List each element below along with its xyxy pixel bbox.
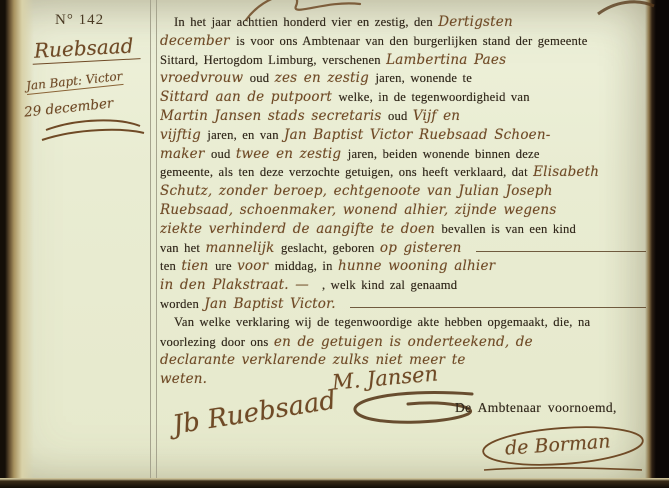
act-line: vijftig jaren, en van Jan Baptist Victor…: [160, 127, 648, 146]
handwritten-text: weten.: [160, 371, 207, 387]
printed-text: Sittard, Hertogdom Limburg, verschenen: [160, 53, 386, 68]
act-line: ziekte verhinderd de aangifte te doen be…: [160, 221, 648, 240]
handwritten-text: in den Plakstraat. —: [160, 277, 322, 293]
act-line: ten tien ure voor middag, in hunne wooni…: [160, 258, 648, 277]
act-body: In het jaar achttien honderd vier en zes…: [160, 14, 648, 390]
act-line: Martin Jansen stads secretaris oud Vijf …: [160, 108, 648, 127]
act-line: vroedvrouw oud zes en zestig jaren, wone…: [160, 70, 648, 89]
act-line: Schutz, zonder beroep, echtgenoote van J…: [160, 183, 648, 202]
handwritten-text: twee en zestig: [236, 146, 348, 162]
act-line: maker oud twee en zestig jaren, beiden w…: [160, 146, 648, 165]
printed-text: van het: [160, 241, 205, 256]
handwritten-text: Lambertina Paes: [386, 52, 506, 68]
printed-text: middag, in: [275, 259, 338, 274]
act-line: voorlezing door ons en de getuigen is on…: [160, 334, 648, 353]
margin-surname: Ruebsaad: [31, 33, 140, 65]
handwritten-text: zes en zestig: [275, 70, 376, 86]
handwritten-text: Dertigsten: [438, 14, 513, 30]
handwritten-text: op gisteren: [380, 240, 468, 256]
printed-text: geslacht, geboren: [281, 241, 380, 256]
handwritten-text: en de getuigen is onderteekend, de: [274, 334, 533, 350]
ink-rule: [476, 251, 646, 252]
handwritten-text: voor: [237, 258, 275, 274]
document-page: N° 142 Ruebsaad Jan Bapt: Victor 29 dece…: [0, 0, 669, 488]
handwritten-text: Jan Baptist Victor Ruebsaad Schoen-: [284, 127, 550, 143]
signature-ruebsaad: Jb Ruebsaad: [171, 385, 338, 440]
act-line: december is voor ons Ambtenaar van den b…: [160, 33, 648, 52]
printed-text: bevallen is van een kind: [442, 222, 577, 237]
handwritten-text: tien: [181, 258, 215, 274]
handwritten-text: Sittard aan de putpoort: [160, 89, 339, 105]
printed-text: Van welke verklaring wij de tegenwoordig…: [174, 315, 590, 330]
handwritten-text: Schutz, zonder beroep, echtgenoote van J…: [160, 183, 553, 199]
handwritten-text: maker: [160, 146, 211, 162]
act-line: Sittard aan de putpoort welke, in de teg…: [160, 89, 648, 108]
printed-text: jaren, en van: [207, 128, 284, 143]
printed-text: welke, in de tegenwoordigheid van: [339, 90, 530, 105]
printed-text: worden: [160, 297, 204, 312]
printed-text: jaren, wonende te: [375, 71, 472, 86]
act-number: N° 142: [55, 12, 104, 29]
act-line: in den Plakstraat. — , welk kind zal gen…: [160, 277, 648, 296]
handwritten-text: Martin Jansen stads secretaris: [160, 108, 388, 124]
book-binding-left: [0, 0, 34, 488]
margin-rule: [150, 0, 157, 478]
handwritten-text: hunne wooning alhier: [338, 258, 495, 274]
margin-date: 29 december: [23, 95, 114, 120]
signature-borman: de Borman: [504, 430, 611, 459]
handwritten-text: december: [160, 33, 236, 49]
printed-text: oud: [388, 109, 413, 124]
handwritten-text: vroedvrouw: [160, 70, 250, 86]
ink-rule: [350, 307, 646, 308]
act-line: gemeente, als ten deze verzochte getuige…: [160, 164, 648, 183]
printed-text: , welk kind zal genaamd: [322, 278, 457, 293]
act-line: Van welke verklaring wij de tegenwoordig…: [160, 315, 648, 334]
handwritten-text: vijftig: [160, 127, 207, 143]
book-edge-right: [645, 0, 669, 488]
book-edge-bottom: [0, 478, 669, 488]
printed-text: is voor ons Ambtenaar van den burgerlijk…: [236, 34, 587, 49]
official-label: De Ambtenaar voornoemd,: [455, 400, 617, 416]
handwritten-text: Vijf en: [413, 108, 460, 124]
printed-text: gemeente, als ten deze verzochte getuige…: [160, 165, 533, 180]
handwritten-text: Jan Baptist Victor.: [204, 296, 342, 312]
printed-text: voorlezing door ons: [160, 335, 274, 350]
printed-text: oud: [250, 71, 275, 86]
act-line: worden Jan Baptist Victor.: [160, 296, 648, 315]
printed-text: In het jaar achttien honderd vier en zes…: [174, 15, 438, 30]
act-line: Ruebsaad, schoenmaker, wonend alhier, zi…: [160, 202, 648, 221]
printed-text: jaren, beiden wonende binnen deze: [348, 147, 540, 162]
act-line: van het mannelijk geslacht, geboren op g…: [160, 240, 648, 259]
printed-text: ten: [160, 259, 181, 274]
handwritten-text: ziekte verhinderd de aangifte te doen: [160, 221, 442, 237]
act-line: In het jaar achttien honderd vier en zes…: [160, 14, 648, 33]
handwritten-text: Ruebsaad, schoenmaker, wonend alhier, zi…: [160, 202, 556, 218]
margin-date-flourish: [38, 118, 148, 146]
printed-text: oud: [211, 147, 236, 162]
handwritten-text: Elisabeth: [533, 164, 599, 180]
handwritten-text: mannelijk: [205, 240, 281, 256]
margin-child-name: Jan Bapt: Victor: [25, 69, 123, 95]
act-line: Sittard, Hertogdom Limburg, verschenen L…: [160, 52, 648, 71]
printed-text: ure: [215, 259, 237, 274]
